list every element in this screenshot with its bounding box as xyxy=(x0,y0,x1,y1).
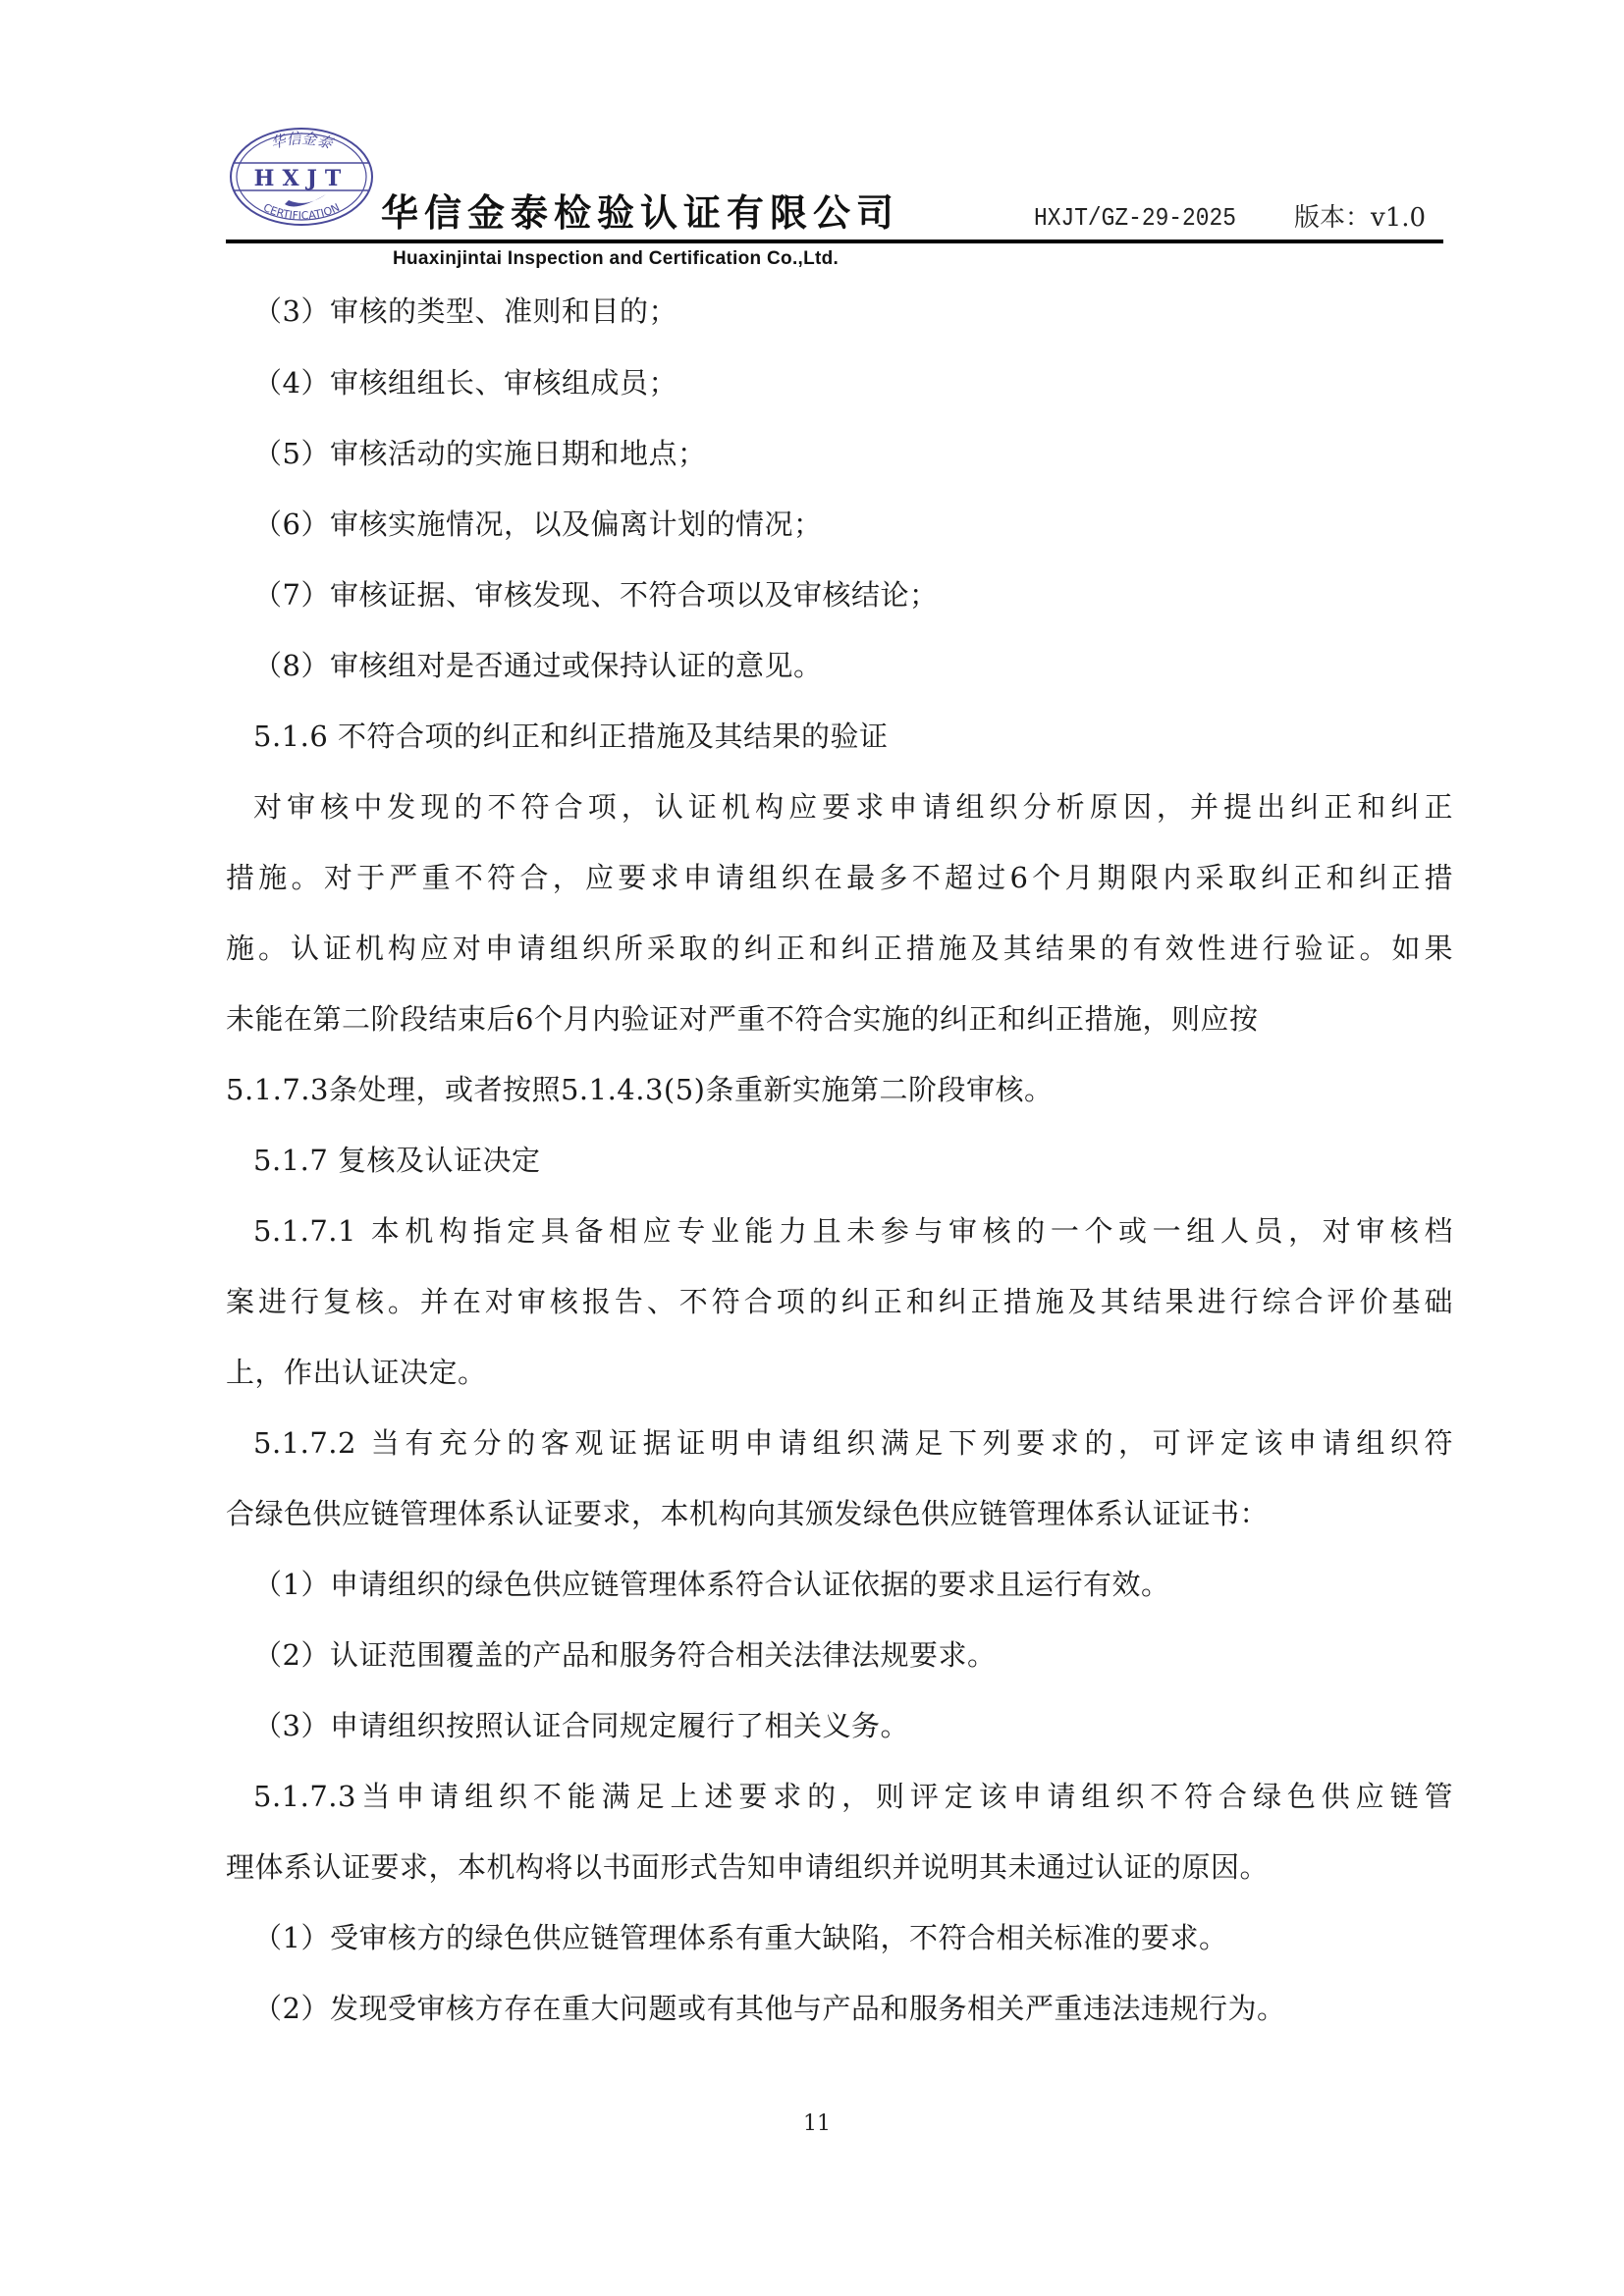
hxjt-logo-icon: 华信金泰 HXJT CERTIFICATION xyxy=(228,126,375,228)
list-item: （3）申请组织按照认证合同规定履行了相关义务。 xyxy=(253,1706,909,1745)
section-heading: 5.1.6 不符合项的纠正和纠正措施及其结果的验证 xyxy=(253,717,889,756)
paragraph-line: 5.1.7.3条处理，或者按照5.1.4.3(5)条重新实施第二阶段审核。 xyxy=(226,1070,1054,1109)
company-name-en: Huaxinjintai Inspection and Certificatio… xyxy=(393,246,839,272)
paragraph-line: 5.1.7.1 本机构指定具备相应专业能力且未参与审核的一个或一组人员，对审核档 xyxy=(253,1211,1453,1251)
paragraph-line: 施。认证机构应对申请组织所采取的纠正和纠正措施及其结果的有效性进行验证。如果 xyxy=(226,929,1453,968)
list-item: （5）审核活动的实施日期和地点； xyxy=(253,434,706,473)
paragraph-line: 理体系认证要求，本机构将以书面形式告知申请组织并说明其未通过认证的原因。 xyxy=(226,1847,1269,1887)
paragraph-line: 合绿色供应链管理体系认证要求，本机构向其颁发绿色供应链管理体系认证证书： xyxy=(226,1494,1269,1533)
paragraph-line: 上，作出认证决定。 xyxy=(226,1353,487,1392)
header-divider xyxy=(226,240,1443,243)
svg-text:HXJT: HXJT xyxy=(254,166,350,191)
svg-text:华信金泰: 华信金泰 xyxy=(268,130,336,153)
paragraph-line: 未能在第二阶段结束后6个月内验证对严重不符合实施的纠正和纠正措施，则应按 xyxy=(226,999,1258,1039)
list-item: （8）审核组对是否通过或保持认证的意见。 xyxy=(253,646,822,685)
document-version: 版本：v1.0 xyxy=(1294,201,1426,235)
section-heading: 5.1.7 复核及认证决定 xyxy=(253,1141,541,1180)
document-code: HXJT/GZ-29-2025 xyxy=(1034,201,1236,235)
paragraph-line: 对审核中发现的不符合项，认证机构应要求申请组织分析原因，并提出纠正和纠正 xyxy=(253,787,1453,827)
company-logo: 华信金泰 HXJT CERTIFICATION xyxy=(228,126,375,228)
list-item: （3）审核的类型、准则和目的； xyxy=(253,292,677,331)
list-item: （6）审核实施情况，以及偏离计划的情况； xyxy=(253,505,822,544)
page-number: 11 xyxy=(803,2110,831,2138)
document-page: 华信金泰 HXJT CERTIFICATION 华信金泰检验认证有限公司 HXJ… xyxy=(0,0,1624,2296)
company-name-cn: 华信金泰检验认证有限公司 xyxy=(381,188,899,238)
list-item: （7）审核证据、审核发现、不符合项以及审核结论； xyxy=(253,575,938,614)
paragraph-line: 5.1.7.3当申请组织不能满足上述要求的，则评定该申请组织不符合绿色供应链管 xyxy=(253,1777,1453,1816)
list-item: （2）认证范围覆盖的产品和服务符合相关法律法规要求。 xyxy=(253,1635,996,1675)
paragraph-line: 案进行复核。并在对审核报告、不符合项的纠正和纠正措施及其结果进行综合评价基础 xyxy=(226,1282,1453,1321)
paragraph-line: 措施。对于严重不符合，应要求申请组织在最多不超过6个月期限内采取纠正和纠正措 xyxy=(226,858,1453,897)
list-item: （1）申请组织的绿色供应链管理体系符合认证依据的要求且运行有效。 xyxy=(253,1565,1169,1604)
list-item: （4）审核组组长、审核组成员； xyxy=(253,363,677,402)
paragraph-line: 5.1.7.2 当有充分的客观证据证明申请组织满足下列要求的，可评定该申请组织符 xyxy=(253,1423,1453,1463)
list-item: （2）发现受审核方存在重大问题或有其他与产品和服务相关严重违法违规行为。 xyxy=(253,1989,1285,2028)
list-item: （1）受审核方的绿色供应链管理体系有重大缺陷，不符合相关标准的要求。 xyxy=(253,1918,1227,1957)
